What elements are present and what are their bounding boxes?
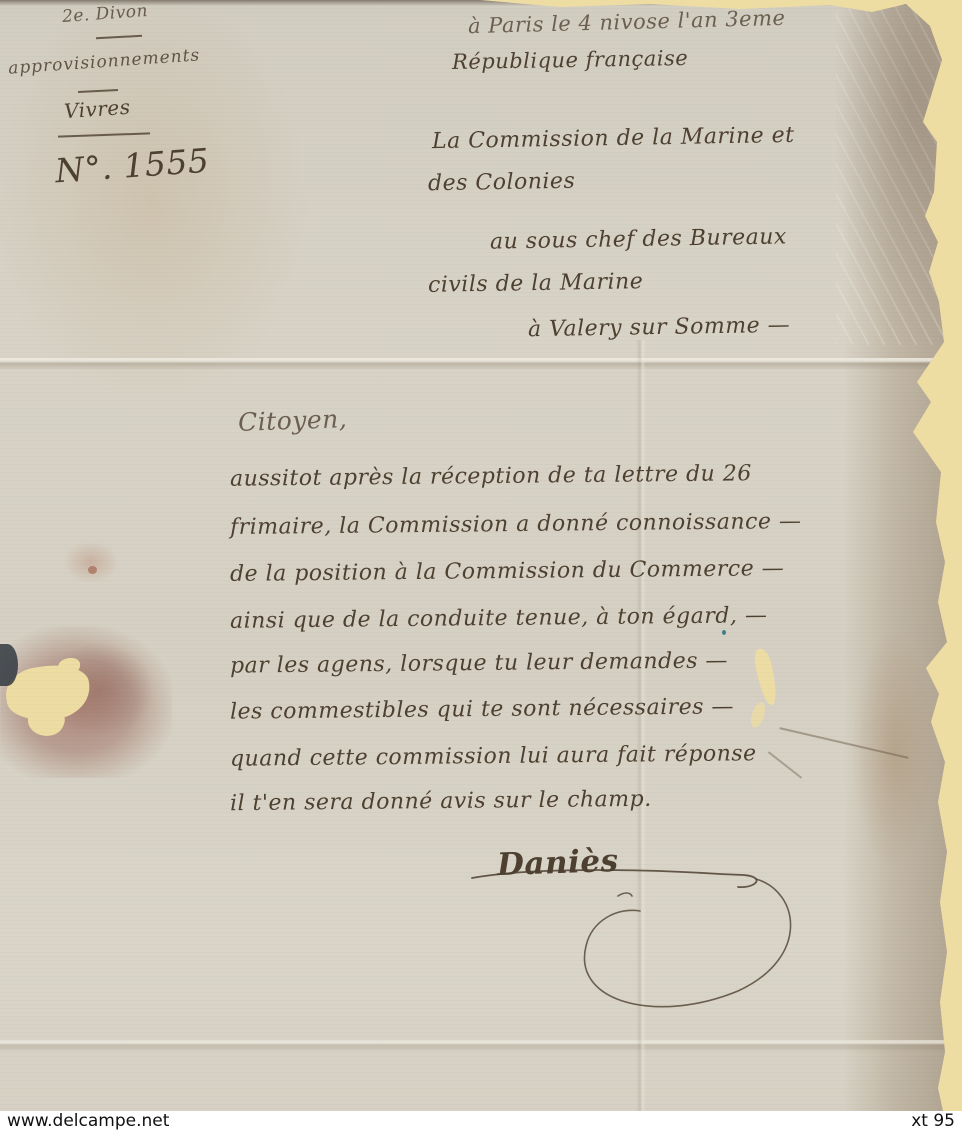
paper-texture [0, 0, 962, 1111]
watermark-bar: www.delcampe.net xt 95 [0, 1111, 962, 1131]
letter-sheet: 2e. Divon approvisionnements Vivres N°. … [0, 0, 962, 1111]
scanned-letter: 2e. Divon approvisionnements Vivres N°. … [0, 0, 962, 1131]
watermark-site: www.delcampe.net [7, 1111, 169, 1131]
paper-edge-shadow [0, 0, 962, 6]
watermark-code: xt 95 [911, 1111, 955, 1131]
